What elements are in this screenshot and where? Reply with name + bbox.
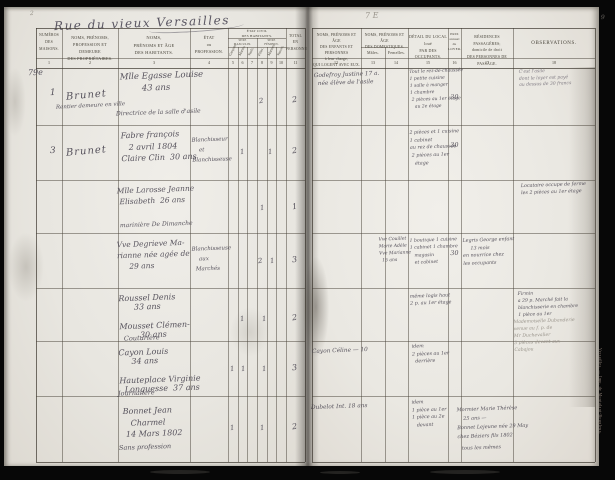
grid-line	[312, 180, 595, 181]
tally-filles: 1	[261, 315, 267, 324]
grid-line	[312, 288, 595, 289]
tally-total: 2	[291, 422, 297, 432]
residences-entry: Legris George enfant 13 mois en nourrice…	[462, 236, 515, 268]
header-femelles: Femelles.	[385, 50, 408, 57]
inhabitants-entry: Mlle Larosse Jeanne Elisabeth 26 ans	[117, 184, 195, 208]
proprietor-name: Brunet	[65, 143, 107, 161]
grid-line	[36, 233, 305, 234]
observations-entry: Locataire occupe de ferme les 2 pièces a…	[521, 182, 587, 198]
col-number: 17	[480, 60, 494, 65]
grid-line	[312, 233, 595, 234]
header-mariees: Mariées.	[267, 47, 276, 58]
observations-entry: Firmin a 29 p. Marché fait la blanchisse…	[518, 290, 579, 320]
right-page: 7 E NOMS, PRÉNOMS ET ÂGE DES ENFANTS ET …	[307, 7, 599, 466]
inhabitants-note: marinière De Dimanche	[120, 220, 193, 231]
col-number: 1	[42, 60, 56, 65]
tally-filles: 1	[259, 424, 265, 433]
local-detail: même logis haut 2 p. au 1er étage	[410, 293, 452, 308]
grid-line	[257, 38, 258, 462]
tally-mariees: 1	[267, 148, 273, 157]
local-detail: Tout le rez-de-chaussée 1 petite cuisine…	[409, 68, 464, 112]
children-entry: Cayon Céline — 10	[312, 346, 368, 356]
paper-stain	[303, 257, 329, 357]
col-number: 8	[257, 60, 267, 65]
grid-line	[312, 462, 595, 463]
pencil-mark: 2	[30, 10, 34, 19]
col-number: 10	[276, 60, 286, 65]
col-number: 18	[547, 60, 561, 65]
header-etat-profession: ÉTAT ou PROFESSION.	[190, 34, 228, 55]
header-habitants: NOMS, PRÉNOMS ET ÂGE DES HABITANTS.	[118, 34, 190, 57]
children-entry: Godefroy Justine 17 a. née élève de l'as…	[314, 70, 380, 89]
rent-price: 30	[448, 93, 461, 103]
tally-filles: 1	[259, 204, 265, 213]
grid-line	[36, 341, 305, 342]
header-filles: Filles.	[257, 47, 267, 58]
paper-stain	[8, 232, 44, 302]
header-numeros-maisons: NUMÉROS DES MAISONS.	[36, 32, 62, 54]
col-number: 3	[147, 60, 161, 65]
tally-total: 1	[291, 202, 297, 212]
header-veuves: Veuves.	[276, 47, 286, 58]
header-observations: OBSERVATIONS.	[513, 40, 595, 49]
row-house-number: 3	[50, 145, 56, 158]
observations-entry: C'est l'asile dont le loyer est payé au …	[519, 68, 572, 89]
observations-pencil: Mademoiselle Dubanderie venue au f. p. d…	[513, 318, 575, 355]
header-proprietaires: NOMS, PRÉNOMS, PROFESSION ET DEMEURE DES…	[62, 34, 118, 63]
inhabitants-note: Directrice de la salle d'asile	[116, 108, 201, 120]
grid-line	[36, 462, 305, 463]
col-number: 5	[228, 60, 238, 65]
local-detail: idem 2 pièces au 1er derrière	[412, 342, 450, 366]
grid-line	[312, 396, 595, 397]
header-garcons: Garçons.	[228, 47, 238, 58]
pencil-mark: 7 E	[365, 10, 379, 22]
tally-total: 2	[291, 313, 297, 323]
local-detail: idem 1 pièce au 1er 1 pièce au 2e devant	[411, 398, 447, 430]
inhabitants-entry: Cayon Louis 34 ans Hauteplace Virginie L…	[118, 346, 201, 395]
grid-line	[36, 125, 305, 126]
col-number: 16	[448, 60, 461, 65]
tally-total: 2	[291, 95, 297, 105]
grid-line	[36, 396, 305, 397]
paper-stain	[4, 67, 26, 137]
tally-total: 2	[291, 146, 297, 156]
scanned-census-register: Rue du vieux Versailles 2 NUMÉROS DES MA…	[0, 0, 615, 480]
col-number: 4	[202, 60, 216, 65]
header-etat-civil-group: ÉTAT CIVIL DES HABITANTS.	[228, 29, 286, 38]
grid-line	[238, 47, 239, 462]
header-domestiques-group: NOMS, PRÉNOMS ET ÂGE DES DOMESTIQUES.	[361, 32, 408, 50]
col-number: 7	[247, 60, 257, 65]
row-house-number: 1	[50, 87, 56, 100]
grid-line	[595, 28, 596, 462]
inhabitants-note: Sans profession	[119, 442, 172, 453]
col-number: 14	[389, 60, 403, 65]
paper-stain	[569, 67, 595, 407]
rent-price: 30	[448, 141, 461, 151]
left-page: Rue du vieux Versailles 2 NUMÉROS DES MA…	[4, 7, 307, 466]
tally-maries: 1	[239, 315, 245, 324]
servants-entry: Vve Couillet Marie Adèle Vve Marianne 15…	[379, 236, 412, 265]
col-number: 13	[366, 60, 380, 65]
col-number: 6	[238, 60, 247, 65]
grid-line	[247, 47, 248, 462]
profession-entry: Blanchisseuse aux Marchés	[191, 244, 232, 275]
tally-maries: 1	[240, 365, 246, 374]
tally-total: 3	[291, 255, 297, 265]
header-males: Mâles.	[361, 50, 385, 57]
col-number: 12	[329, 60, 343, 65]
children-entry: Dubelot Int. 18 ans	[311, 402, 368, 412]
tally-maries: 1	[239, 148, 245, 157]
printer-imprint: Versailles. — Imp. de Montalant-Bougleux…	[598, 348, 603, 435]
header-veufs: Veufs.	[247, 47, 257, 58]
residences-note: tous les mêmes	[462, 444, 501, 453]
tally-filles: 1	[261, 365, 267, 374]
inhabitants-entry: Mlle Egasse Louise 43 ans	[120, 69, 204, 97]
inhabitants-entry: Vve Degrieve Ma- rianne née agée de 29 a…	[116, 238, 190, 273]
grid-line	[276, 47, 277, 462]
pencil-mark: 9	[601, 14, 605, 23]
tally-total: 3	[291, 363, 297, 373]
tally-filles: 2	[257, 257, 263, 266]
row-order-number: 79e	[28, 67, 43, 79]
tally-filles: 2	[258, 97, 264, 106]
col-number: 2	[83, 60, 97, 65]
residences-entry: Mormier Marie Thérèse 25 ans — Bonnet Le…	[456, 404, 528, 442]
header-maries: Mariés.	[238, 47, 247, 58]
inhabitants-note: Journalière	[118, 388, 155, 399]
inhabitants-note: Couturière	[124, 333, 160, 344]
col-number: 9	[267, 60, 276, 65]
header-prix-loyer: PRIX annuel du LOYER.	[448, 32, 461, 52]
scan-smudge	[430, 470, 500, 474]
scan-smudge	[150, 470, 210, 474]
tally-mariees: 1	[269, 257, 275, 266]
grid-line	[305, 28, 306, 462]
col-number: 11	[288, 60, 303, 65]
rent-price: 30	[448, 249, 461, 259]
tally-garcons: 1	[229, 424, 235, 433]
inhabitants-entry: Fabre françois 2 avril 1804 Claire Clin …	[120, 128, 197, 165]
header-detail-local: DÉTAIL DU LOCAL loué PAR DES OCCUPANTS.	[408, 34, 448, 61]
inhabitants-entry: Bonnet Jean Charmel 14 Mars 1802	[122, 404, 182, 441]
grid-line	[36, 180, 305, 181]
scan-smudge	[320, 471, 360, 474]
tally-garcons: 1	[229, 365, 235, 374]
grid-line	[312, 125, 595, 126]
grid-line	[312, 28, 595, 29]
grid-line	[267, 47, 268, 462]
profession-entry: Blanchisseur et Blanchisseuse	[191, 135, 232, 166]
col-number: 15	[421, 60, 435, 65]
header-total: TOTAL EN PERSONNES.	[286, 33, 305, 52]
grid-line	[36, 288, 305, 289]
